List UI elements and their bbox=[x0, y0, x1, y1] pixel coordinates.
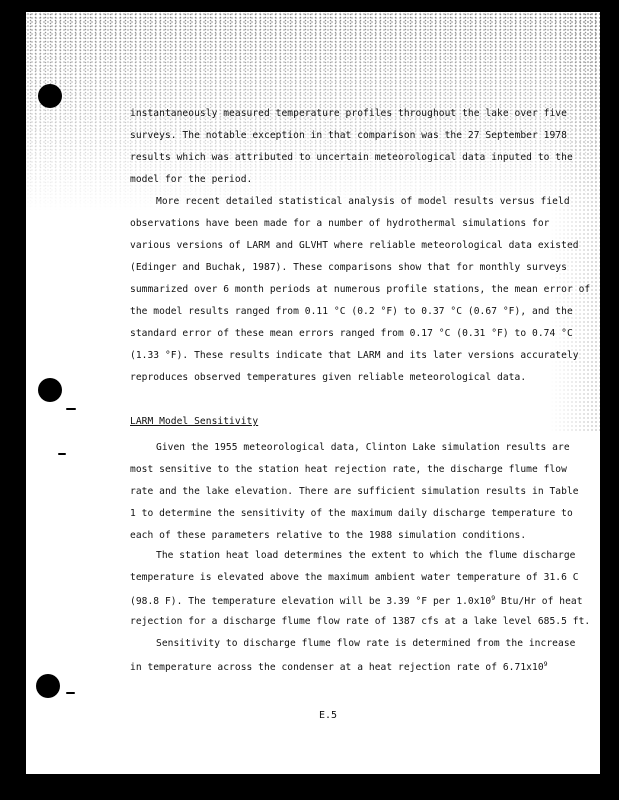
text-line: rejection for a discharge flume flow rat… bbox=[130, 616, 590, 627]
text-line: summarized over 6 month periods at numer… bbox=[130, 284, 590, 295]
heading-larm-model-sensitivity: LARM Model Sensitivity bbox=[130, 416, 258, 427]
text-line: model for the period. bbox=[130, 174, 252, 185]
text-line: in temperature across the condenser at a… bbox=[130, 660, 548, 673]
text-line: standard error of these mean errors rang… bbox=[130, 328, 573, 339]
text-line: various versions of LARM and GLVHT where… bbox=[130, 240, 579, 251]
scan-mark bbox=[58, 453, 66, 455]
text-segment: in temperature across the condenser at a… bbox=[130, 662, 544, 673]
scanned-page: instantaneously measured temperature pro… bbox=[26, 12, 600, 774]
text-line: Sensitivity to discharge flume flow rate… bbox=[130, 638, 575, 649]
punch-hole bbox=[36, 674, 60, 698]
scan-noise-right bbox=[550, 12, 600, 432]
text-line: surveys. The notable exception in that c… bbox=[130, 130, 567, 141]
text-line: reproduces observed temperatures given r… bbox=[130, 372, 526, 383]
text-line: temperature is elevated above the maximu… bbox=[130, 572, 579, 583]
text-line: rate and the lake elevation. There are s… bbox=[130, 486, 579, 497]
exponent: 9 bbox=[544, 660, 548, 668]
text-line: Given the 1955 meteorological data, Clin… bbox=[130, 442, 570, 453]
text-line: More recent detailed statistical analysi… bbox=[130, 196, 570, 207]
text-line: instantaneously measured temperature pro… bbox=[130, 108, 567, 119]
text-line: (Edinger and Buchak, 1987). These compar… bbox=[130, 262, 567, 273]
text-line: each of these parameters relative to the… bbox=[130, 530, 526, 541]
punch-hole bbox=[38, 378, 62, 402]
punch-hole bbox=[38, 84, 62, 108]
text-segment: (98.8 F). The temperature elevation will… bbox=[130, 596, 491, 607]
text-line: The station heat load determines the ext… bbox=[130, 550, 575, 561]
text-segment: Btu/Hr of heat bbox=[495, 596, 582, 607]
scan-mark bbox=[66, 408, 76, 410]
text-line: observations have been made for a number… bbox=[130, 218, 549, 229]
text-line: most sensitive to the station heat rejec… bbox=[130, 464, 567, 475]
text-line: the model results ranged from 0.11 °C (0… bbox=[130, 306, 573, 317]
text-line: (1.33 °F). These results indicate that L… bbox=[130, 350, 579, 361]
text-line: 1 to determine the sensitivity of the ma… bbox=[130, 508, 573, 519]
text-line: results which was attributed to uncertai… bbox=[130, 152, 573, 163]
scan-mark bbox=[66, 692, 75, 694]
page-number: E.5 bbox=[319, 710, 337, 721]
text-line: (98.8 F). The temperature elevation will… bbox=[130, 594, 583, 607]
